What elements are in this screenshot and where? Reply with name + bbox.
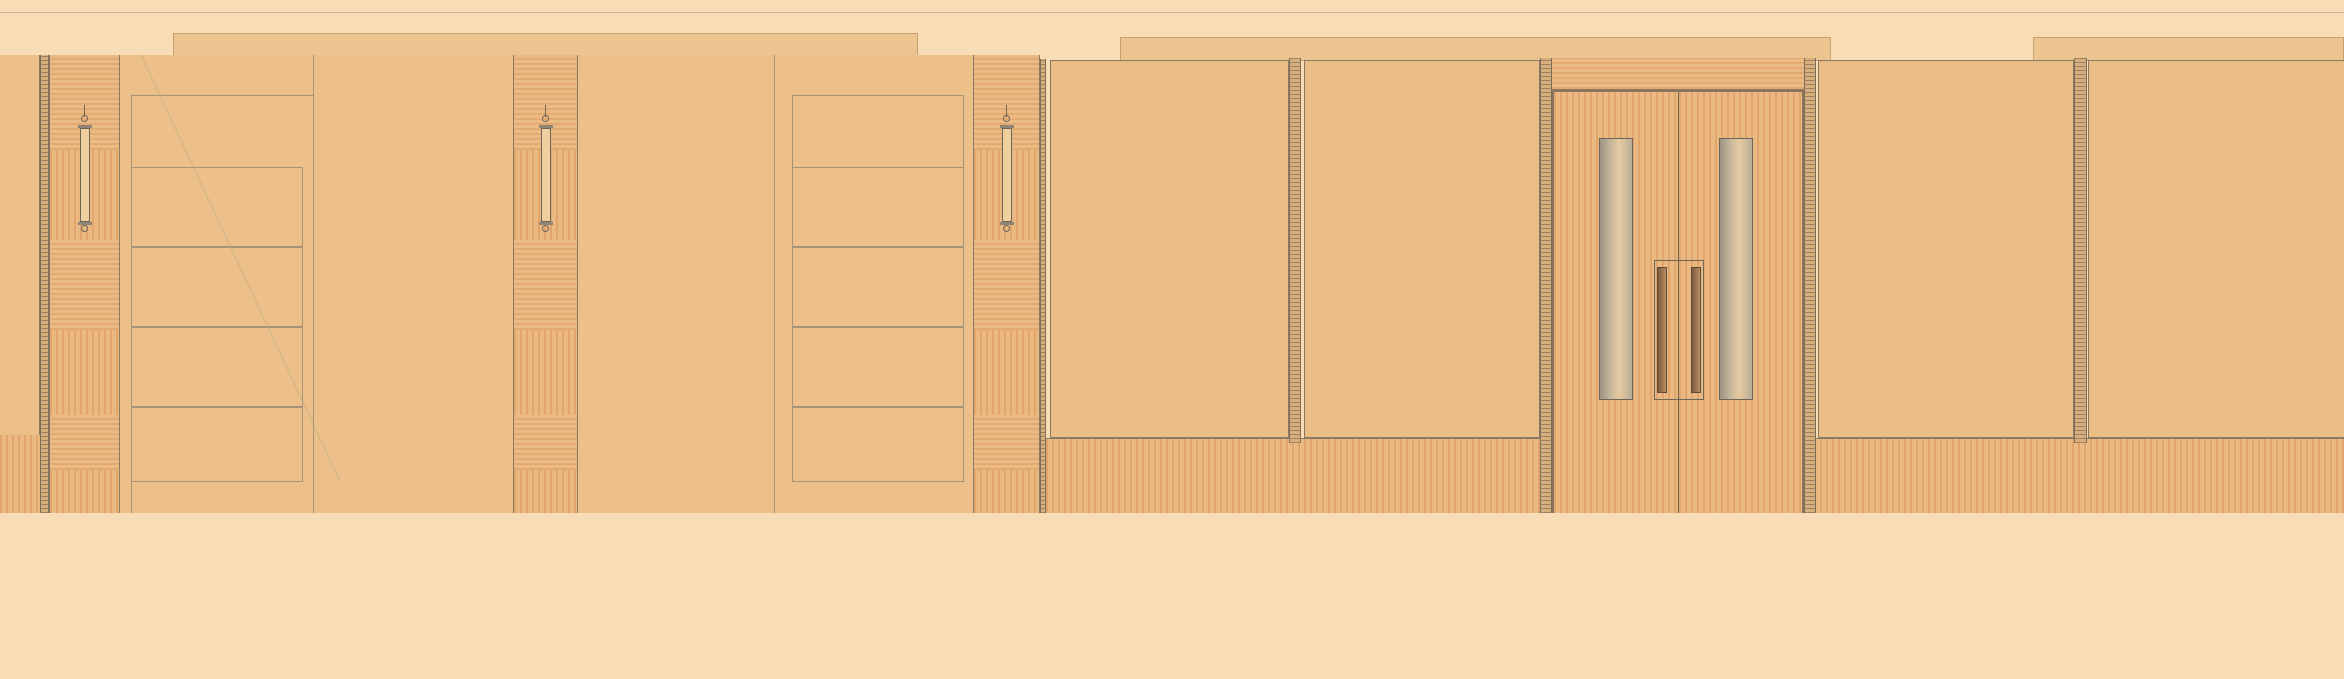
door-glass-slot-left bbox=[1599, 138, 1633, 400]
stepped-panel-left bbox=[120, 55, 513, 513]
beaded-strip bbox=[2074, 58, 2087, 443]
partial-panel-left bbox=[0, 55, 40, 435]
wall-right-section bbox=[1046, 58, 2344, 513]
pilaster-1 bbox=[49, 55, 120, 513]
wall-left-section bbox=[0, 55, 1046, 513]
stepped-panel-right bbox=[578, 55, 973, 513]
pilaster-2 bbox=[513, 55, 578, 513]
partial-wainscot-left bbox=[0, 435, 40, 513]
door-pull-handle-icon[interactable] bbox=[1691, 267, 1701, 393]
framed-panel-3 bbox=[1818, 60, 2074, 438]
double-door[interactable] bbox=[1552, 90, 1804, 513]
beaded-strip bbox=[1289, 58, 1301, 443]
framed-panel-4 bbox=[2088, 60, 2344, 438]
door-casing-right bbox=[1804, 58, 1816, 513]
framed-panel-1 bbox=[1050, 60, 1289, 438]
door-handle-plate bbox=[1654, 260, 1704, 400]
framed-panel-2 bbox=[1304, 60, 1540, 438]
guide-line bbox=[0, 12, 2344, 13]
wall-sconce-lamp-icon bbox=[78, 105, 92, 235]
pilaster-3 bbox=[973, 55, 1040, 513]
wall-sconce-lamp-icon bbox=[539, 105, 553, 235]
top-paper-strip-1 bbox=[173, 33, 918, 57]
door-frame bbox=[1540, 58, 1816, 513]
door-casing-left bbox=[1540, 58, 1552, 513]
beaded-strip bbox=[40, 55, 49, 513]
door-lintel bbox=[1540, 58, 1816, 90]
door-glass-slot-right bbox=[1719, 138, 1753, 400]
door-pull-handle-icon[interactable] bbox=[1657, 267, 1667, 393]
wall-sconce-lamp-icon bbox=[1000, 105, 1014, 235]
